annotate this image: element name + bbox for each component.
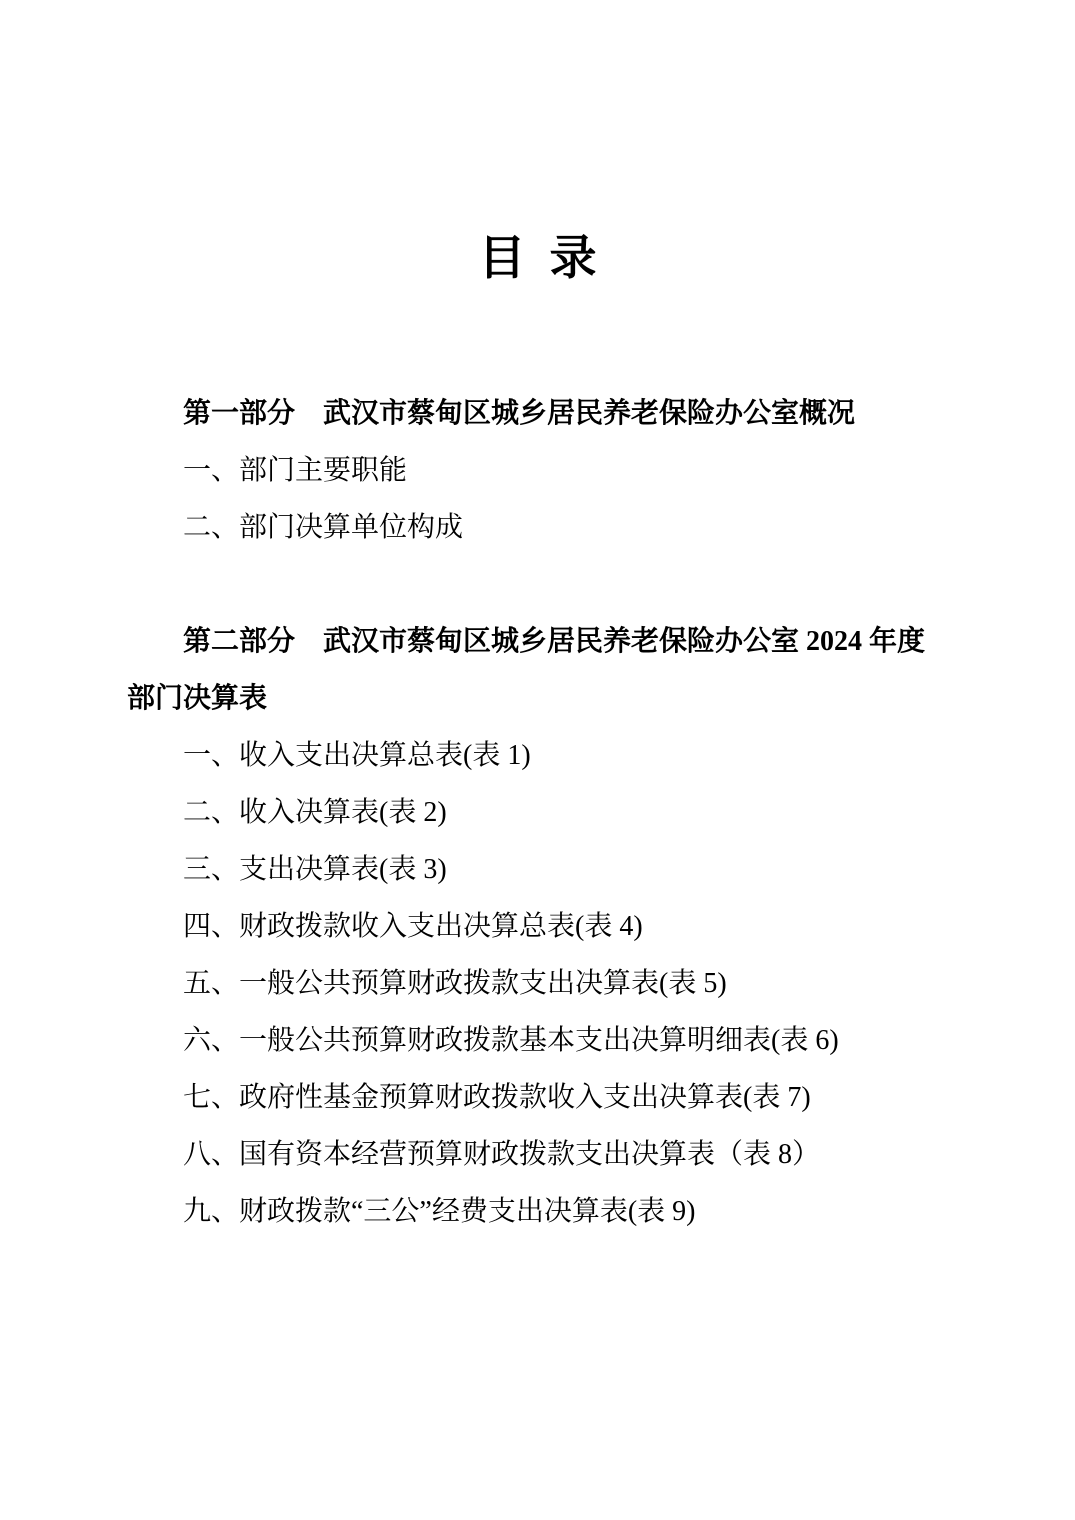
section-two-heading-line-1: 第二部分 武汉市蔡甸区城乡居民养老保险办公室 2024 年度 [127, 613, 948, 670]
section-two-heading-line-2: 部门决算表 [127, 670, 948, 727]
section-part-two: 第二部分 武汉市蔡甸区城乡居民养老保险办公室 2024 年度 部门决算表 一、收… [127, 613, 948, 1240]
section-one-heading: 第一部分 武汉市蔡甸区城乡居民养老保险办公室概况 [127, 385, 948, 442]
toc-item: 二、部门决算单位构成 [127, 499, 948, 556]
document-page: 目 录 第一部分 武汉市蔡甸区城乡居民养老保险办公室概况 一、部门主要职能 二、… [0, 0, 1075, 1520]
page-title-char-mu: 目 [479, 236, 526, 283]
toc-content: 目 录 第一部分 武汉市蔡甸区城乡居民养老保险办公室概况 一、部门主要职能 二、… [0, 236, 1075, 1240]
toc-item: 八、国有资本经营预算财政拨款支出决算表（表 8） [127, 1126, 948, 1183]
toc-item: 一、收入支出决算总表(表 1) [127, 727, 948, 784]
toc-item: 五、一般公共预算财政拨款支出决算表(表 5) [127, 955, 948, 1012]
page-title-char-lu: 录 [550, 236, 597, 283]
section-part-one: 第一部分 武汉市蔡甸区城乡居民养老保险办公室概况 一、部门主要职能 二、部门决算… [127, 385, 948, 556]
toc-item: 二、收入决算表(表 2) [127, 784, 948, 841]
toc-item: 七、政府性基金预算财政拨款收入支出决算表(表 7) [127, 1069, 948, 1126]
page-title: 目 录 [127, 236, 948, 283]
toc-item: 六、一般公共预算财政拨款基本支出决算明细表(表 6) [127, 1012, 948, 1069]
toc-item: 一、部门主要职能 [127, 442, 948, 499]
toc-item: 九、财政拨款“三公”经费支出决算表(表 9) [127, 1183, 948, 1240]
toc-item: 三、支出决算表(表 3) [127, 841, 948, 898]
toc-item: 四、财政拨款收入支出决算总表(表 4) [127, 898, 948, 955]
